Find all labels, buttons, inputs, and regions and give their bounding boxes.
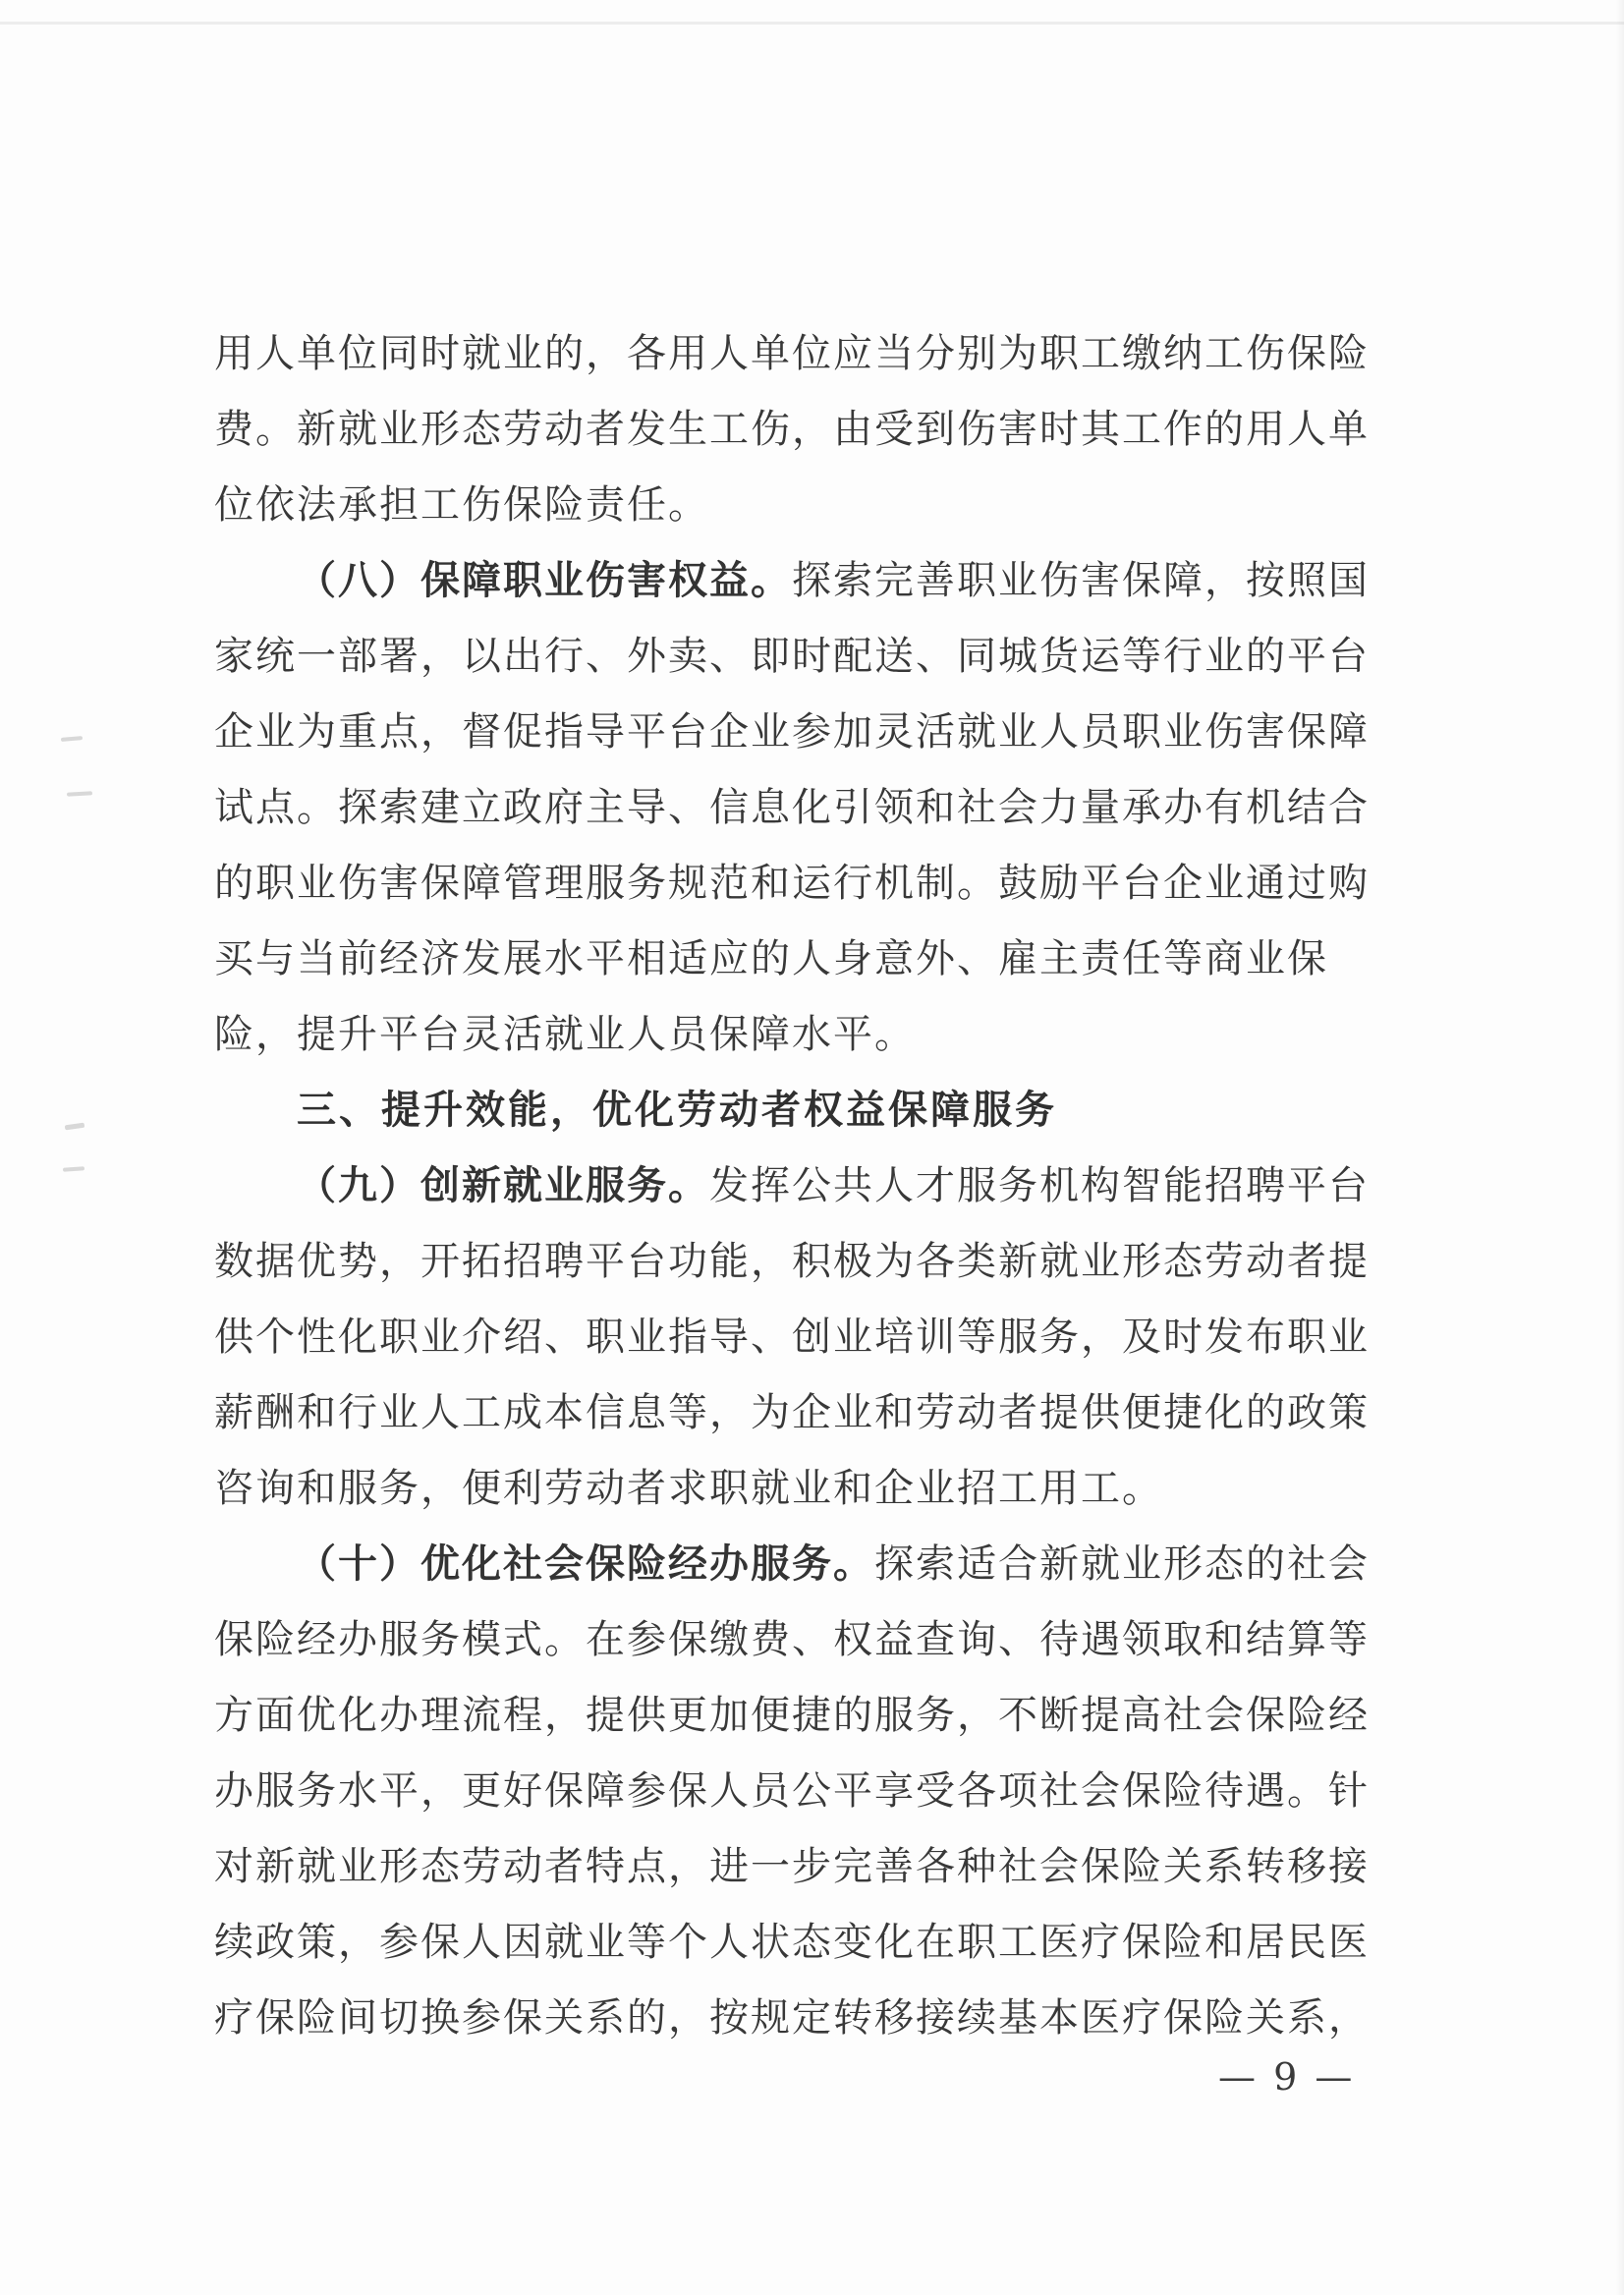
text-line: 位依法承担工伤保险责任。 bbox=[214, 464, 1378, 539]
line-text: 探索适合新就业形态的社会 bbox=[874, 1533, 1370, 1589]
text-line: （八）保障职业伤害权益。探索完善职业伤害保障，按照国 bbox=[214, 539, 1378, 615]
text-line: 的职业伤害保障管理服务规范和运行机制。鼓励平台企业通过购 bbox=[214, 842, 1378, 918]
text-line: 保险经办服务模式。在参保缴费、权益查询、待遇领取和结算等 bbox=[214, 1598, 1378, 1674]
text-line: 薪酬和行业人工成本信息等，为企业和劳动者提供便捷化的政策 bbox=[214, 1371, 1378, 1447]
line-text: 方面优化办理流程，提供更加便捷的服务，不断提高社会保险经 bbox=[214, 1684, 1370, 1740]
text-line: 企业为重点，督促指导平台企业参加灵活就业人员职业伤害保障 bbox=[214, 691, 1378, 766]
line-text: 发挥公共人才服务机构智能招聘平台 bbox=[709, 1154, 1370, 1210]
line-text: 企业为重点，督促指导平台企业参加灵活就业人员职业伤害保障 bbox=[214, 700, 1370, 756]
scan-smudge bbox=[63, 1166, 84, 1172]
text-line: 险，提升平台灵活就业人员保障水平。 bbox=[214, 993, 1378, 1069]
document-body: 用人单位同时就业的，各用人单位应当分别为职工缴纳工伤保险费。新就业形态劳动者发生… bbox=[214, 312, 1378, 2052]
text-line: 费。新就业形态劳动者发生工伤，由受到伤害时其工作的用人单 bbox=[214, 388, 1378, 464]
text-line: 数据优势，开拓招聘平台功能，积极为各类新就业形态劳动者提 bbox=[214, 1220, 1378, 1296]
text-line: 家统一部署，以出行、外卖、即时配送、同城货运等行业的平台 bbox=[214, 615, 1378, 691]
line-text: 咨询和服务，便利劳动者求职就业和企业招工用工。 bbox=[214, 1457, 1163, 1513]
scan-smudge bbox=[67, 791, 92, 796]
text-line: 办服务水平，更好保障参保人员公平享受各项社会保险待遇。针 bbox=[214, 1750, 1378, 1825]
document-page: 用人单位同时就业的，各用人单位应当分别为职工缴纳工伤保险费。新就业形态劳动者发生… bbox=[0, 0, 1624, 2295]
text-line: 买与当前经济发展水平相适应的人身意外、雇主责任等商业保 bbox=[214, 918, 1378, 993]
line-text: 保险经办服务模式。在参保缴费、权益查询、待遇领取和结算等 bbox=[214, 1608, 1370, 1664]
line-text: 数据优势，开拓招聘平台功能，积极为各类新就业形态劳动者提 bbox=[214, 1230, 1370, 1286]
line-bold-prefix: （八）保障职业伤害权益。 bbox=[297, 549, 792, 605]
line-text: 探索完善职业伤害保障，按照国 bbox=[792, 549, 1370, 605]
text-line: （九）创新就业服务。发挥公共人才服务机构智能招聘平台 bbox=[214, 1145, 1378, 1220]
scan-artifact-right-shadow bbox=[1616, 0, 1624, 2295]
text-line: 试点。探索建立政府主导、信息化引领和社会力量承办有机结合 bbox=[214, 766, 1378, 842]
page-number: — 9 — bbox=[1218, 2055, 1355, 2099]
text-line: 续政策，参保人因就业等个人状态变化在职工医疗保险和居民医 bbox=[214, 1901, 1378, 1977]
text-line: 对新就业形态劳动者特点，进一步完善各种社会保险关系转移接 bbox=[214, 1825, 1378, 1901]
text-line: 咨询和服务，便利劳动者求职就业和企业招工用工。 bbox=[214, 1447, 1378, 1523]
scan-artifact-top-line bbox=[0, 22, 1624, 25]
line-text: 险，提升平台灵活就业人员保障水平。 bbox=[214, 1003, 916, 1059]
scan-smudge bbox=[65, 1123, 85, 1131]
scan-smudge bbox=[61, 736, 83, 742]
line-text: 试点。探索建立政府主导、信息化引领和社会力量承办有机结合 bbox=[214, 776, 1370, 832]
line-text: 家统一部署，以出行、外卖、即时配送、同城货运等行业的平台 bbox=[214, 625, 1370, 681]
line-text: 的职业伤害保障管理服务规范和运行机制。鼓励平台企业通过购 bbox=[214, 852, 1370, 908]
text-line: 方面优化办理流程，提供更加便捷的服务，不断提高社会保险经 bbox=[214, 1674, 1378, 1750]
line-text: 买与当前经济发展水平相适应的人身意外、雇主责任等商业保 bbox=[214, 927, 1328, 983]
line-text: 三、提升效能，优化劳动者权益保障服务 bbox=[297, 1079, 1057, 1135]
line-bold-prefix: （九）创新就业服务。 bbox=[297, 1154, 709, 1210]
line-text: 对新就业形态劳动者特点，进一步完善各种社会保险关系转移接 bbox=[214, 1835, 1370, 1891]
line-text: 薪酬和行业人工成本信息等，为企业和劳动者提供便捷化的政策 bbox=[214, 1381, 1370, 1437]
line-text: 位依法承担工伤保险责任。 bbox=[214, 474, 709, 530]
text-line: 用人单位同时就业的，各用人单位应当分别为职工缴纳工伤保险 bbox=[214, 312, 1378, 388]
line-bold-prefix: （十）优化社会保险经办服务。 bbox=[297, 1533, 874, 1589]
text-line: 供个性化职业介绍、职业指导、创业培训等服务，及时发布职业 bbox=[214, 1296, 1378, 1371]
text-line: （十）优化社会保险经办服务。探索适合新就业形态的社会 bbox=[214, 1523, 1378, 1598]
line-text: 续政策，参保人因就业等个人状态变化在职工医疗保险和居民医 bbox=[214, 1911, 1370, 1967]
text-line: 三、提升效能，优化劳动者权益保障服务 bbox=[214, 1069, 1378, 1145]
line-text: 用人单位同时就业的，各用人单位应当分别为职工缴纳工伤保险 bbox=[214, 322, 1370, 378]
line-text: 办服务水平，更好保障参保人员公平享受各项社会保险待遇。针 bbox=[214, 1760, 1370, 1816]
line-text: 疗保险间切换参保关系的，按规定转移接续基本医疗保险关系， bbox=[214, 1987, 1370, 2043]
text-line: 疗保险间切换参保关系的，按规定转移接续基本医疗保险关系， bbox=[214, 1977, 1378, 2052]
line-text: 供个性化职业介绍、职业指导、创业培训等服务，及时发布职业 bbox=[214, 1306, 1370, 1362]
line-text: 费。新就业形态劳动者发生工伤，由受到伤害时其工作的用人单 bbox=[214, 398, 1370, 454]
